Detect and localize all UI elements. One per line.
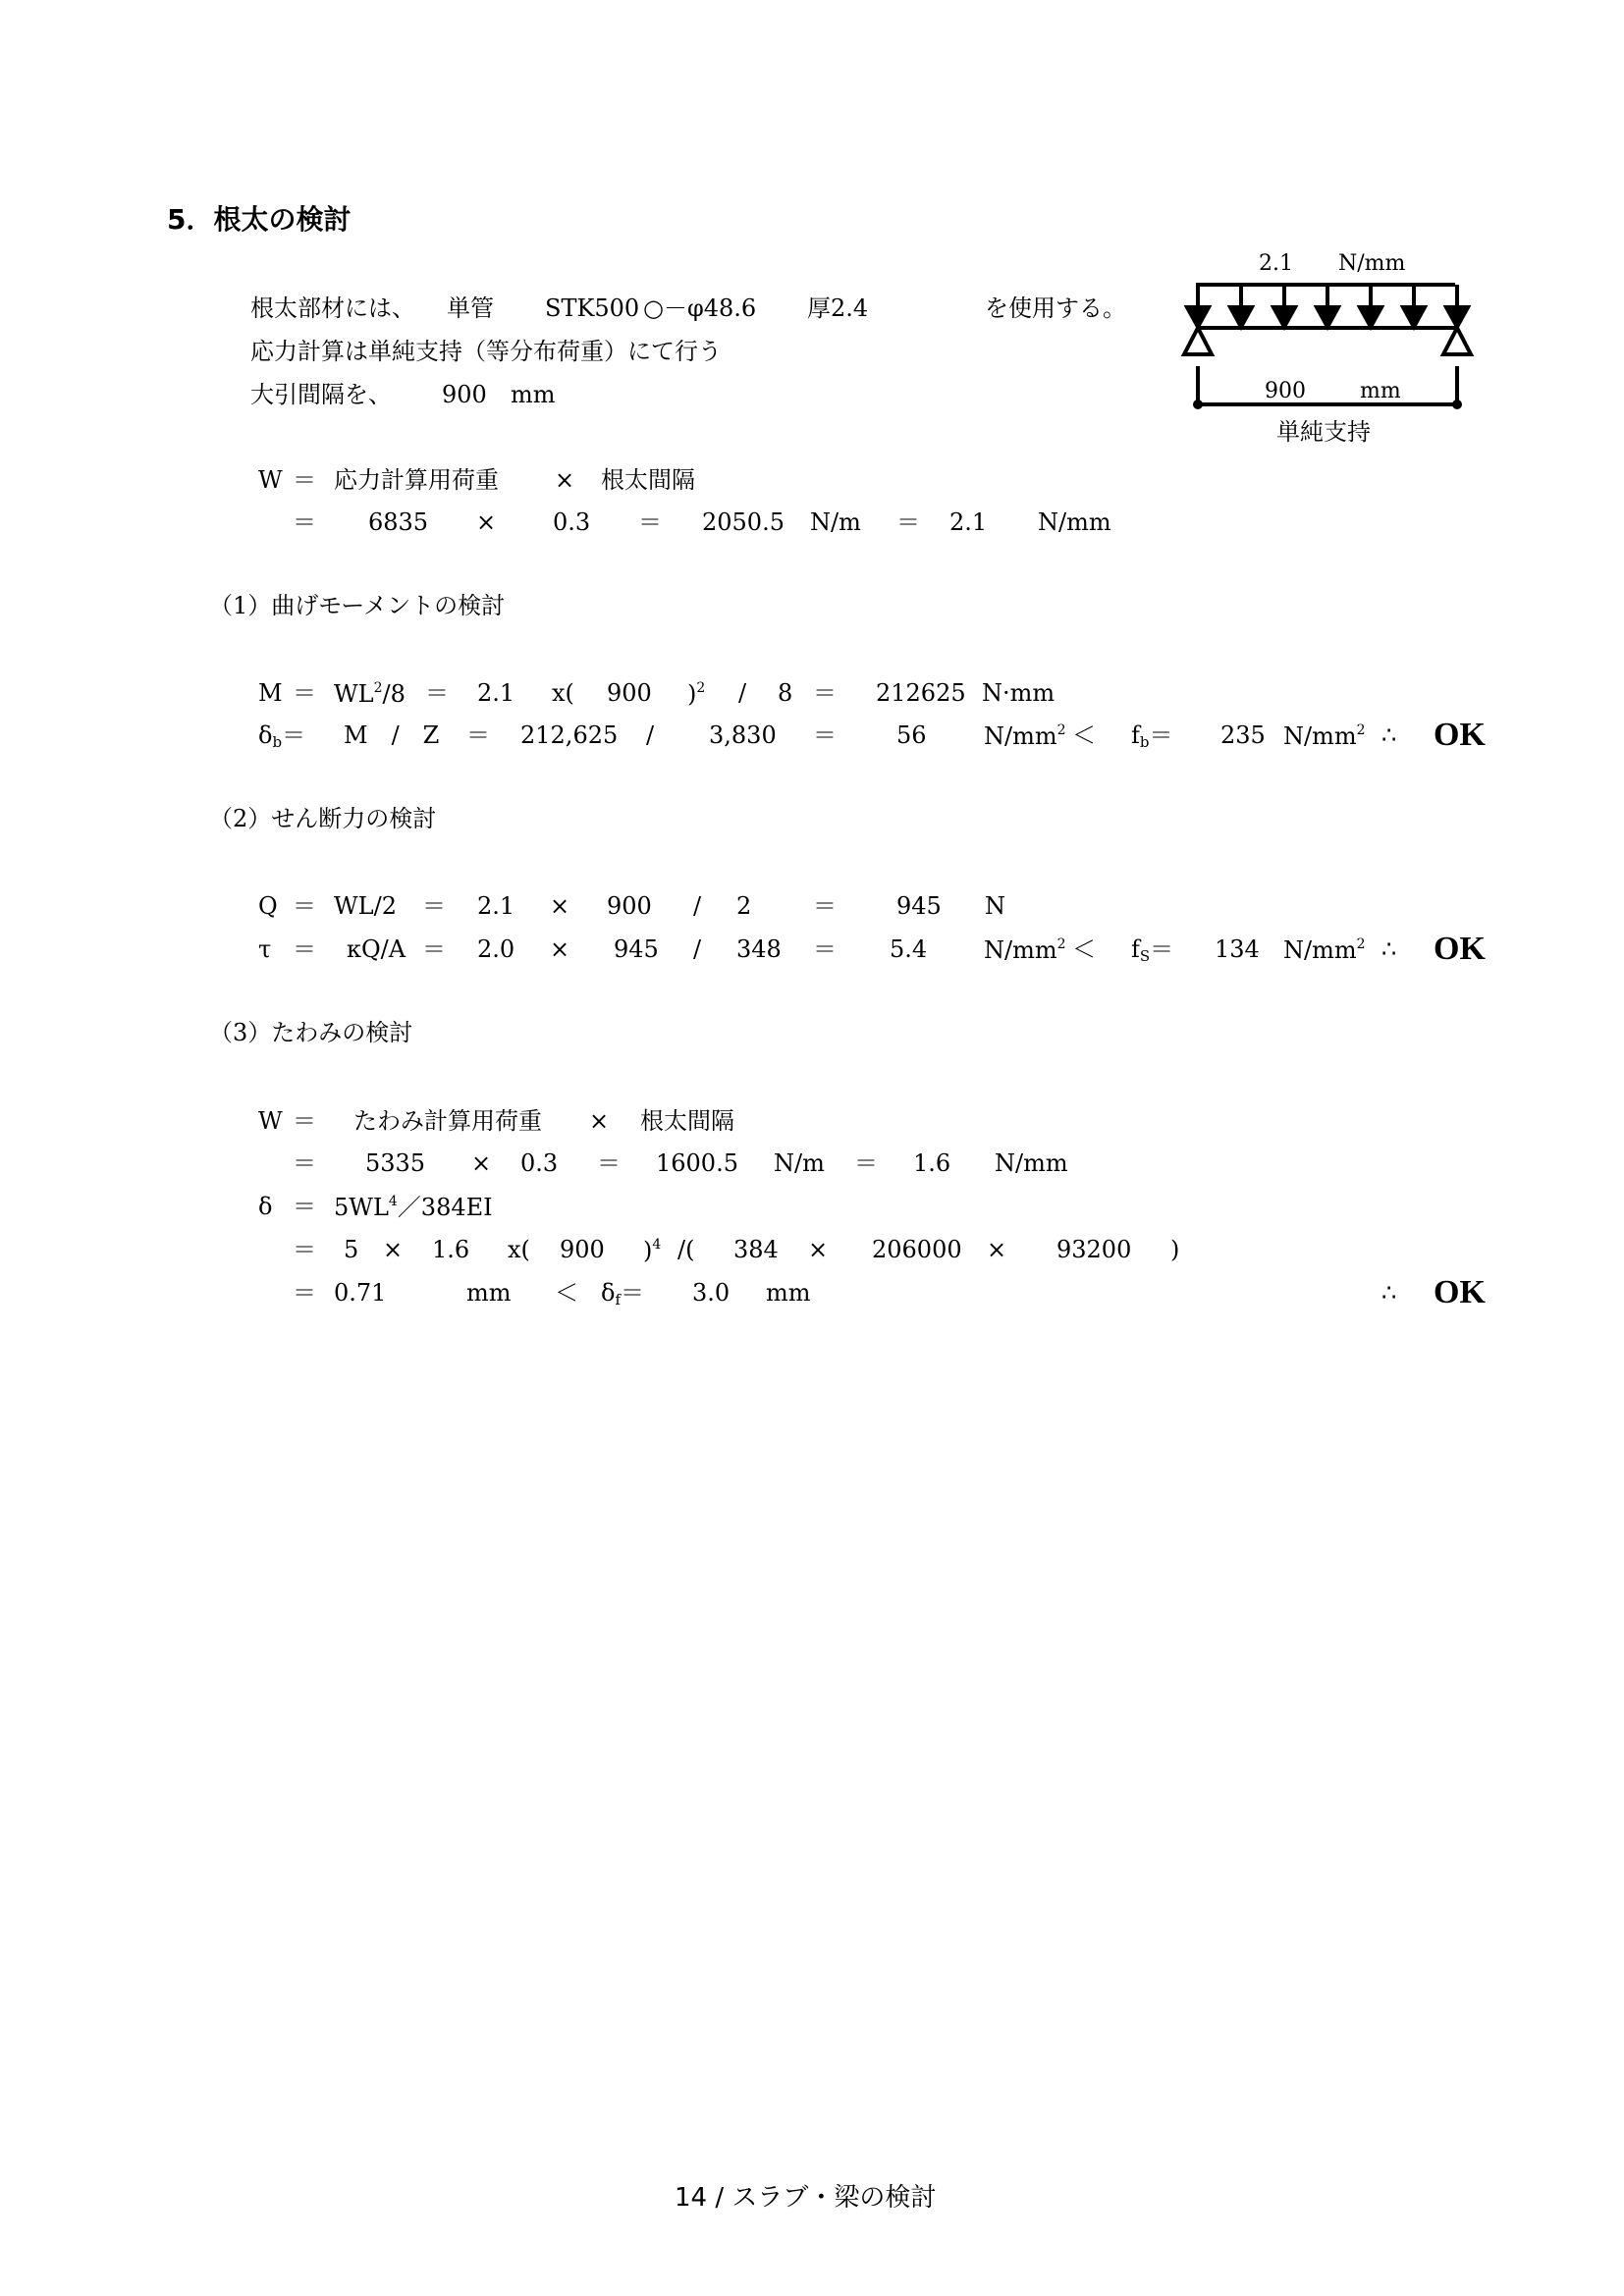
less-than: ＜ (555, 1281, 578, 1305)
w-value: 1.6 (432, 1238, 469, 1261)
times: × (589, 1109, 609, 1133)
x-open: x( (552, 681, 574, 705)
w-value: 2.1 (477, 681, 514, 705)
equals: ＝ (422, 937, 446, 961)
tau-value: 5.4 (890, 937, 927, 961)
tau-formula: κQ/A (347, 937, 406, 961)
divide: / (738, 681, 746, 705)
formula-b: 根太間隔 (640, 1109, 734, 1133)
equals: ＝ (422, 894, 446, 918)
fb-value: 235 (1220, 723, 1266, 747)
m-comma: 212,625 (520, 723, 618, 747)
equals: ＝ (597, 1151, 621, 1175)
times: × (808, 1238, 828, 1261)
z-value: 3,830 (709, 723, 777, 747)
i-value: 93200 (1056, 1238, 1131, 1261)
x-open: x( (508, 1238, 530, 1261)
delta-unit: mm (466, 1281, 512, 1305)
equals: ＝ (638, 510, 662, 534)
unit-nm: N/m (810, 510, 861, 534)
times: × (383, 1238, 403, 1261)
delta-formula: 5WL4／384EI (334, 1195, 493, 1219)
formula-b: 根太間隔 (601, 468, 695, 492)
equals: ＝ (896, 510, 920, 534)
q-unit: N (985, 894, 1005, 918)
equals: ＝ (293, 1109, 316, 1133)
result-nmm: 2.1 (949, 510, 987, 534)
equals: ＝ (293, 894, 316, 918)
spacing-value: 0.3 (553, 510, 590, 534)
q-value: 945 (614, 937, 659, 961)
equals: ＝ (293, 681, 316, 705)
equals: ＝ (425, 681, 449, 705)
l-value: 900 (607, 681, 652, 705)
times: × (476, 510, 496, 534)
sigma-unit: N/mm2 (984, 723, 1066, 748)
diagram-support-label: 単純支持 (1276, 420, 1371, 444)
pow4: )4 (643, 1238, 661, 1262)
times: × (550, 894, 569, 918)
result-nm: 1600.5 (656, 1151, 738, 1175)
spacing-value: 900 (442, 383, 487, 406)
divide: / (693, 894, 701, 918)
pin-support-right-icon (1443, 328, 1471, 354)
bending-result: OK (1434, 719, 1486, 752)
unit-nm: N/m (774, 1151, 825, 1175)
member-shape: ○－φ48.6 (643, 296, 756, 320)
fb-label: fb＝ (1131, 723, 1173, 750)
less-than: ＜ (1072, 937, 1096, 961)
fs-value: 134 (1215, 937, 1260, 961)
delta-value: 0.71 (334, 1281, 386, 1305)
diagram-span-unit: mm (1360, 381, 1401, 402)
df-label: δf＝ (601, 1281, 644, 1308)
times: × (555, 468, 574, 492)
c384: 384 (733, 1238, 779, 1261)
formula-a: 応力計算用荷重 (334, 468, 499, 492)
sigma-value: 56 (896, 723, 927, 747)
intro-line1-prefix: 根太部材には、 (250, 296, 415, 320)
intro-line2: 応力計算は単純支持（等分布荷重）にて行う (250, 340, 722, 363)
fb-unit: N/mm2 (1283, 723, 1366, 748)
m-formula: WL2/8 (334, 681, 406, 706)
intro-line3-prefix: 大引間隔を、 (250, 383, 392, 406)
intro-line1-suffix: を使用する。 (985, 296, 1126, 320)
df-value: 3.0 (692, 1281, 730, 1305)
l-value: 900 (560, 1238, 605, 1261)
tau-unit: N/mm2 (984, 937, 1066, 962)
shear-result: OK (1434, 933, 1486, 966)
q-formula: WL/2 (334, 894, 397, 918)
equals: ＝ (813, 937, 837, 961)
delta-label: δ (258, 1195, 272, 1218)
spacing-unit: mm (511, 383, 556, 406)
e-value: 206000 (872, 1238, 962, 1261)
footer-title: スラブ・梁の検討 (731, 2183, 936, 2213)
equals: ＝ (813, 723, 837, 747)
therefore-icon: ∴ (1381, 723, 1396, 747)
member-thickness: 厚2.4 (807, 296, 868, 320)
footer-separator: / (715, 2183, 724, 2213)
two: 2 (736, 894, 751, 918)
square: )2 (687, 681, 705, 706)
m-value: 212625 (876, 681, 966, 705)
equals: ＝ (293, 1238, 316, 1261)
fs-unit: N/mm2 (1283, 937, 1366, 962)
result-nm: 2050.5 (702, 510, 785, 534)
equals: ＝ (293, 1151, 316, 1175)
w-label: W (258, 468, 283, 492)
m-unit: N·mm (982, 681, 1055, 705)
q-label: Q (258, 894, 278, 918)
times: × (987, 1238, 1006, 1261)
equals: ＝ (813, 681, 837, 705)
sigma-b-label: δb＝ (258, 723, 305, 750)
therefore-icon: ∴ (1381, 937, 1396, 961)
times: × (471, 1151, 491, 1175)
less-than: ＜ (1072, 723, 1096, 747)
spacing-value: 0.3 (520, 1151, 558, 1175)
q-value: 945 (896, 894, 942, 918)
div-open: /( (677, 1238, 694, 1261)
equals: ＝ (293, 468, 316, 492)
eight: 8 (778, 681, 792, 705)
equals: ＝ (466, 723, 490, 747)
w-value: 2.1 (477, 894, 514, 918)
section-title: 5．根太の検討 (167, 206, 351, 234)
load-arrows-icon (1187, 285, 1468, 327)
tau-label: τ (258, 937, 271, 961)
divide: / (646, 723, 654, 747)
w-label: W (258, 1109, 283, 1133)
equals: ＝ (293, 510, 316, 534)
member-material: STK500 (545, 296, 639, 320)
m-label: M (258, 681, 283, 705)
page-number: 14 (675, 2183, 707, 2213)
df-unit: mm (766, 1281, 811, 1305)
equals: ＝ (293, 1281, 316, 1305)
member-type: 単管 (447, 296, 494, 320)
l-value: 900 (607, 894, 652, 918)
equals: ＝ (293, 1195, 316, 1218)
equals: ＝ (813, 894, 837, 918)
load-value: 5335 (365, 1151, 425, 1175)
result-nmm: 1.6 (913, 1151, 950, 1175)
kappa-value: 2.0 (477, 937, 514, 961)
formula-a: たわみ計算用荷重 (353, 1109, 542, 1133)
times: × (550, 937, 569, 961)
sigma-formula: M / Z (344, 723, 439, 747)
shear-heading: （2）せん断力の検討 (209, 807, 436, 830)
a-value: 348 (736, 937, 782, 961)
therefore-icon: ∴ (1381, 1281, 1396, 1305)
pin-support-left-icon (1184, 328, 1212, 354)
equals: ＝ (854, 1151, 878, 1175)
unit-nmm: N/mm (1038, 510, 1111, 534)
diagram-load-value: 2.1 (1259, 253, 1293, 275)
beam-load-svg (1173, 280, 1488, 427)
diagram-span-value: 900 (1265, 381, 1306, 402)
load-value: 6835 (368, 510, 428, 534)
close-paren: ) (1170, 1238, 1179, 1261)
divide: / (693, 937, 701, 961)
deflection-result: OK (1434, 1276, 1486, 1309)
unit-nmm: N/mm (995, 1151, 1068, 1175)
fs-label: fS＝ (1131, 937, 1173, 964)
deflection-heading: （3）たわみの検討 (209, 1021, 412, 1044)
bending-heading: （1）曲げモーメントの検討 (209, 594, 505, 617)
five: 5 (344, 1238, 358, 1261)
equals: ＝ (293, 937, 316, 961)
diagram-load-unit: N/mm (1338, 253, 1405, 275)
page-footer: 14 / スラブ・梁の検討 (675, 2185, 936, 2211)
